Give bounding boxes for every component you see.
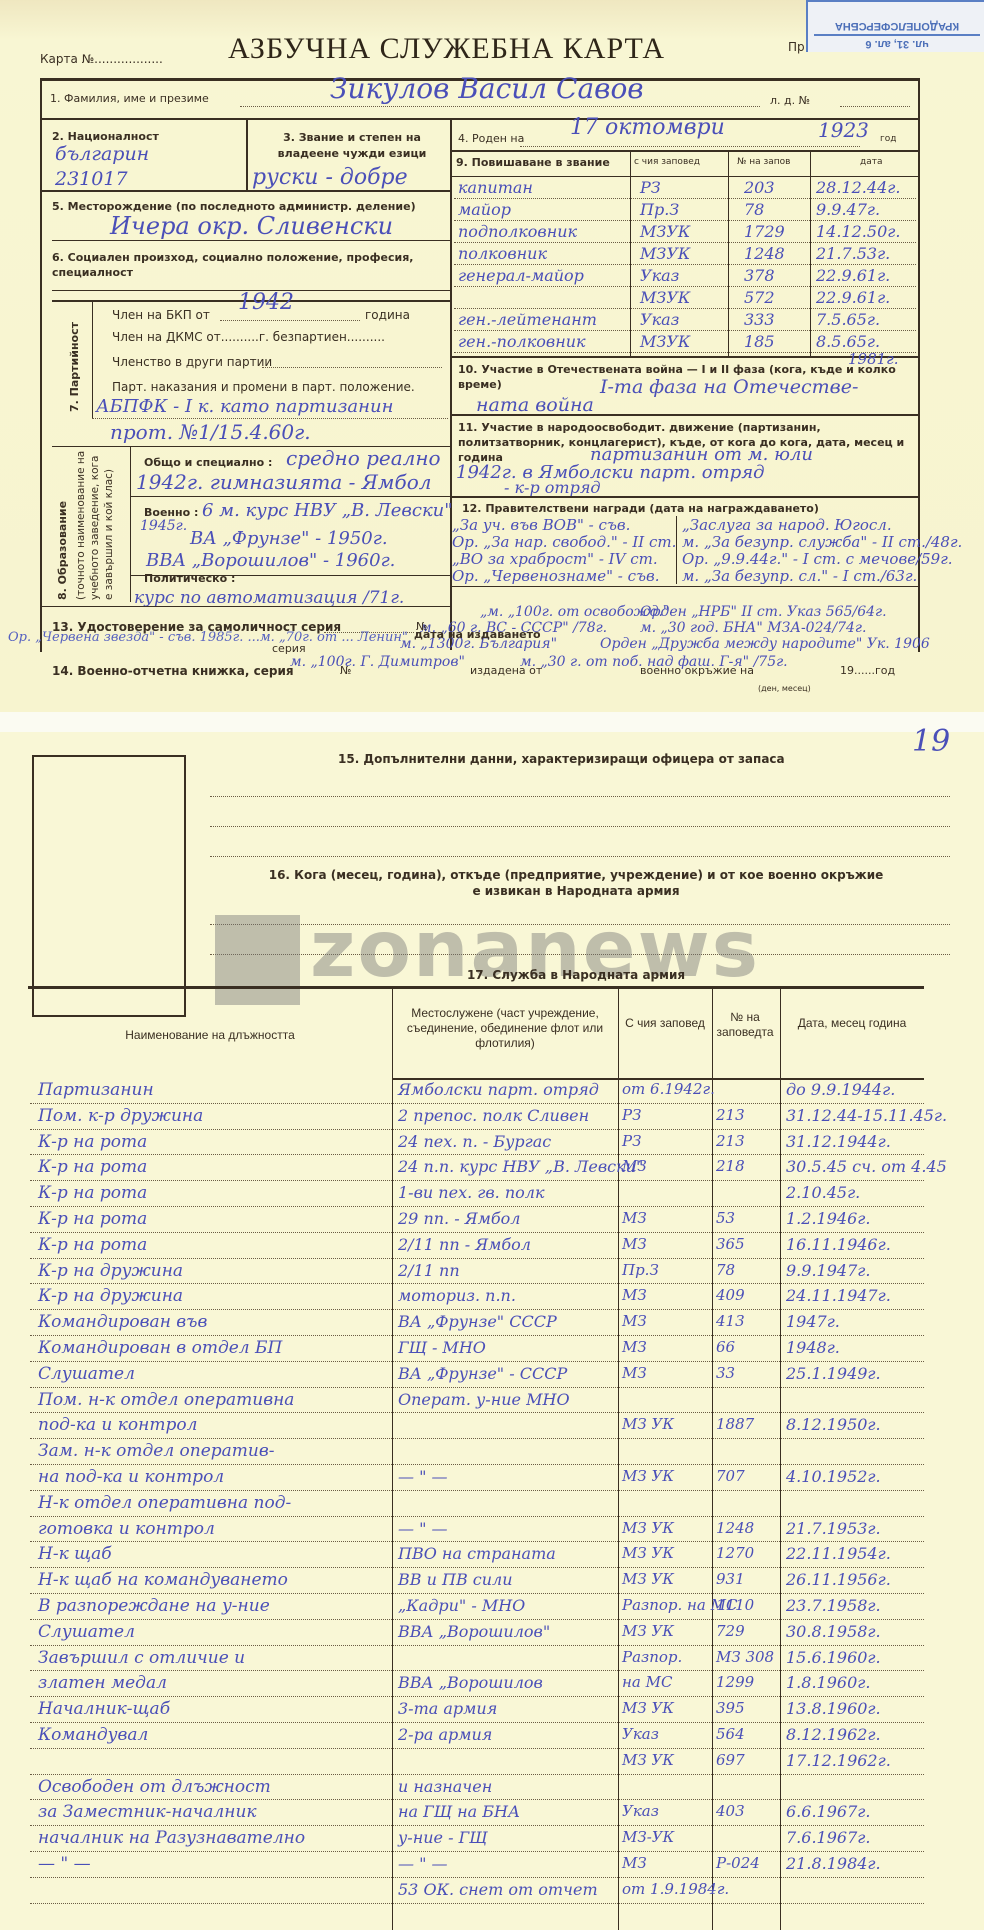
service-order: Пр.З (622, 1261, 659, 1279)
service-position: готовка и контрол (38, 1519, 215, 1539)
service-order-number: 403 (716, 1802, 745, 1820)
service-row-line (30, 1645, 924, 1646)
service-row-line (30, 1774, 924, 1775)
service-position: за Заместник-началник (38, 1802, 257, 1822)
promotion-number: 1248 (744, 244, 785, 263)
service-position: началник на Разузнавателно (38, 1828, 305, 1848)
service-order: МЗ-УК (622, 1828, 674, 1846)
nationality-code: 231017 (55, 168, 128, 190)
service-row-line (30, 1567, 924, 1568)
promotion-number: 572 (744, 288, 775, 307)
id-date-label: дата на издаването (414, 628, 541, 641)
service-row-line (30, 1593, 924, 1594)
service-row-line (30, 1180, 924, 1181)
col-date: Дата, месец година (782, 1016, 922, 1031)
promotion-row-line (454, 242, 916, 243)
service-position: Слушател (38, 1622, 135, 1642)
promotion-rank: майор (458, 200, 511, 219)
divider-v (810, 150, 811, 356)
service-order: МЗ УК (622, 1622, 674, 1640)
promotion-row-line (454, 264, 916, 265)
watermark-logo-icon (215, 915, 300, 1005)
promotion-col-no: № на запов (737, 157, 790, 167)
ld-line (840, 106, 910, 107)
service-date: 23.7.1958г. (786, 1596, 881, 1615)
service-date: 21.8.1984г. (786, 1854, 881, 1873)
service-order: от 1.9.1984г. (622, 1880, 729, 1898)
birth-line (520, 146, 860, 147)
education-general-value-2: 1942г. гимназията - Ямбол (136, 470, 432, 494)
birth-label: 4. Роден на (458, 132, 524, 145)
promotion-order: МЗУК (640, 244, 690, 263)
service-place: — " — (398, 1519, 448, 1538)
service-date: 31.12.44-15.11.45г. (786, 1106, 947, 1125)
liberation-movement-value-2: 1942г. в Ямболски парт. отряд (456, 462, 765, 483)
service-date: 1948г. (786, 1338, 840, 1357)
service-position: на под-ка и контрол (38, 1467, 224, 1487)
education-political-value: курс по автоматизация /71г. (134, 588, 404, 608)
service-row-line (30, 1283, 924, 1284)
service-order-number: 729 (716, 1622, 745, 1640)
service-position: златен медал (38, 1673, 167, 1693)
service-order: МЗ УК (622, 1544, 674, 1562)
service-date: 1947г. (786, 1312, 840, 1331)
service-position: Слушател (38, 1364, 135, 1384)
service-row-line (30, 1438, 924, 1439)
service-order: МЗ УК (622, 1415, 674, 1433)
service-date: 8.12.1950г. (786, 1415, 881, 1434)
promotion-date: 22.9.61г. (816, 266, 890, 285)
award-extra-item: м. „30 год. БНА" МЗА-024/74г. (640, 620, 866, 636)
service-order-number: 78 (716, 1261, 735, 1279)
service-position: Зам. н-к отдел оператив- (38, 1441, 275, 1461)
other-party-label: Членство в други партии (112, 355, 272, 369)
service-date: 8.12.1962г. (786, 1725, 881, 1744)
page-separator (0, 712, 984, 732)
service-order: МЗ (622, 1286, 647, 1304)
service-row-line (30, 1670, 924, 1671)
service-place: 24 пех. п. - Бургас (398, 1132, 551, 1151)
service-position: Завършил с отличие и (38, 1648, 245, 1668)
service-order-number: Р-024 (716, 1854, 760, 1872)
promotion-rank: полковник (458, 244, 547, 263)
education-military-value-3: ВВА „Ворошилов" - 1960г. (146, 550, 395, 571)
promotion-number: 78 (744, 200, 764, 219)
called-up-label-2: е извикан в Народната армия (206, 884, 946, 898)
service-place: — " — (398, 1854, 448, 1873)
award-extra-item: Орден „Дружба между народите" Ук. 1906 (600, 636, 930, 652)
service-position: Пом. к-р дружина (38, 1106, 203, 1126)
service-position: Освободен от длъжност (38, 1777, 271, 1797)
dkms-label: Член на ДКМС от..........г. безпартиен..… (112, 330, 385, 344)
service-place: ПВО на страната (398, 1544, 556, 1563)
war-participation-value-2: ната война (476, 394, 594, 416)
service-place: 2-ра армия (398, 1725, 492, 1744)
bkp-line (220, 320, 360, 321)
col-place: Местослужене (част учреждение, съединени… (394, 1006, 616, 1051)
service-order: МЗ (622, 1312, 647, 1330)
service-order-number: 213 (716, 1106, 745, 1124)
service-date: 2.10.45г. (786, 1183, 860, 1202)
divider (40, 190, 450, 192)
service-row-line (30, 1722, 924, 1723)
punishment-label: Парт. наказания и промени в парт. положе… (112, 380, 415, 394)
service-position: В разпореждане на у-ние (38, 1596, 270, 1616)
education-military-value-1: 6 м. курс НВУ „В. Левски" (202, 500, 453, 521)
frame-left (40, 78, 42, 652)
promotion-date: 8.5.65г. (816, 332, 880, 351)
promotion-order: Указ (640, 266, 679, 285)
service-row-line (30, 1335, 924, 1336)
service-order-number: МЗ 308 (716, 1648, 774, 1666)
divider (40, 606, 450, 607)
service-position: Н-к щаб на командуването (38, 1570, 288, 1590)
service-row-line (30, 1387, 924, 1388)
service-position: Н-к щаб (38, 1544, 112, 1564)
promotion-number: 185 (744, 332, 775, 351)
service-place: ВВА „Ворошилов" (398, 1622, 550, 1641)
service-row-line (30, 1851, 924, 1852)
service-position: К-р на дружина (38, 1261, 183, 1281)
education-section-label: 8. Образование (56, 501, 69, 600)
service-date: 22.11.1954г. (786, 1544, 891, 1563)
service-place: Ямболски парт. отряд (398, 1080, 599, 1099)
promotion-rank: ген.-лейтенант (458, 310, 597, 329)
punishment-value-1: АБПФК - I к. като партизанин (96, 396, 393, 417)
promotion-rank: капитан (458, 178, 533, 197)
service-order-number: 1299 (716, 1673, 754, 1691)
name-line (240, 106, 760, 107)
military-book-district-label: военно окръжие на (640, 664, 754, 677)
birthplace-value: Ичера окр. Сливенски (110, 212, 393, 240)
service-order-number: 1110 (716, 1596, 754, 1614)
service-date: 21.7.1953г. (786, 1519, 881, 1538)
name-label: 1. Фамилия, име и презиме (50, 92, 209, 105)
languages-value: руски - добре (252, 165, 408, 190)
service-date: 30.8.1958г. (786, 1622, 881, 1641)
service-position: Партизанин (38, 1080, 154, 1100)
divider (52, 240, 450, 241)
service-place: „Кадри" - МНО (398, 1596, 525, 1615)
service-order: Указ (622, 1802, 659, 1820)
divider (450, 414, 920, 416)
service-order: МЗ (622, 1157, 647, 1175)
promotion-number: 203 (744, 178, 775, 197)
war-participation-value-1: I-та фаза на Отечестве- (600, 376, 858, 398)
service-date: 1.2.1946г. (786, 1209, 870, 1228)
promotion-rank: ген.-полковник (458, 332, 586, 351)
divider-v (630, 150, 631, 356)
service-row-line (30, 1619, 924, 1620)
service-row-line (30, 1258, 924, 1259)
education-general-value-1: средно реално (286, 446, 441, 470)
divider (450, 176, 920, 177)
service-position: К-р на рота (38, 1183, 147, 1203)
award-extra-item: м. „100г. Г. Димитров" (290, 654, 465, 670)
liberation-movement-value-3: - к-р отряд (504, 478, 601, 497)
promotion-order: Пр.З (640, 200, 679, 219)
service-date: 30.5.45 сч. от 4.45 (786, 1157, 947, 1176)
service-position: К-р на дружина (38, 1286, 183, 1306)
service-place: ВА „Фрунзе" СССР (398, 1312, 557, 1331)
military-book-label: 14. Военно-отчетна книжка, серия (52, 664, 294, 678)
service-order: МЗ (622, 1364, 647, 1382)
service-place: ВА „Фрунзе" - СССР (398, 1364, 567, 1383)
service-position: под-ка и контрол (38, 1415, 197, 1435)
service-row-line (30, 1748, 924, 1749)
service-order: МЗ УК (622, 1699, 674, 1717)
nationality-label: 2. Националност (52, 130, 159, 143)
bkp-label: Член на БКП от (112, 308, 210, 322)
promotion-label: 9. Повишаване в звание (456, 156, 610, 169)
award-right-item: м. „За безупр. служба" - II ст./48г. (682, 533, 962, 551)
languages-label: 3. Звание и степен на владеене чужди ези… (262, 130, 442, 162)
promotion-date: 9.9.47г. (816, 200, 880, 219)
service-date: до 9.9.1944г. (786, 1080, 895, 1099)
service-date: 13.8.1960г. (786, 1699, 881, 1718)
service-order-number: 697 (716, 1751, 745, 1769)
war-participation-note: 1981г. (848, 350, 899, 368)
service-position: К-р на рота (38, 1157, 147, 1177)
promotion-date: 22.9.61г. (816, 288, 890, 307)
service-place: 2/11 пп (398, 1261, 460, 1280)
service-order-number: 213 (716, 1132, 745, 1150)
service-row-line (30, 1825, 924, 1826)
service-position: К-р на рота (38, 1235, 147, 1255)
service-position: Н-к отдел оперативна под- (38, 1493, 291, 1513)
service-row-line (30, 1541, 924, 1542)
promotion-row-line (454, 330, 916, 331)
service-date: 24.11.1947г. (786, 1286, 891, 1305)
service-position: Пом. н-к отдел оперативна (38, 1390, 294, 1410)
promotion-order: МЗУК (640, 332, 690, 351)
service-place: и назначен (398, 1777, 492, 1796)
punishment-line (92, 418, 448, 419)
military-book-sub-label: (ден, месец) (758, 684, 811, 693)
service-place: Операт. у-ние МНО (398, 1390, 570, 1409)
service-date: 26.11.1956г. (786, 1570, 891, 1589)
ld-label: л. д. № (770, 94, 810, 107)
promotion-order: Указ (640, 310, 679, 329)
divider (450, 150, 920, 152)
service-order: МЗ УК (622, 1467, 674, 1485)
service-place: 24 п.п. курс НВУ „В. Левски" (398, 1157, 643, 1176)
service-order: от 6.1942г. (622, 1080, 715, 1098)
service-place: 53 ОК. снет от отчет (398, 1880, 598, 1899)
service-order-number: 66 (716, 1338, 735, 1356)
col-position: Наименование на длъжността (30, 1028, 390, 1043)
service-table-top (28, 986, 924, 989)
promotion-order: МЗУК (640, 288, 690, 307)
promotion-col-order: с чия заповед (634, 157, 700, 167)
promotion-date: 14.12.50г. (816, 222, 900, 241)
service-order-number: 409 (716, 1286, 745, 1304)
page-number: 19 (912, 724, 950, 759)
service-order: МЗ (622, 1209, 647, 1227)
military-book-issued-label: издадена от (470, 664, 542, 677)
service-label: 17. Служба в Народната армия (206, 968, 946, 982)
promotion-order: РЗ (640, 178, 661, 197)
birth-date: 17 октомври (570, 115, 725, 140)
promotion-row-line (454, 308, 916, 309)
service-place: 29 пп. - Ямбол (398, 1209, 521, 1228)
called-up-label-1: 16. Кога (месец, година), откъде (предпр… (206, 868, 946, 882)
social-label: 6. Социален произход, социално положение… (52, 250, 452, 280)
service-place: ГЩ - МНО (398, 1338, 486, 1357)
divider (450, 586, 920, 587)
award-left-item: Ор. „За нар. свобод." - II ст. (452, 533, 676, 551)
divider (130, 496, 450, 497)
stamp-line-1: КРАДОПЕЛСФЕРСБНА (814, 18, 980, 36)
service-place: на ГЩ на БНА (398, 1802, 520, 1821)
service-row-line (30, 1206, 924, 1207)
service-date: 7.6.1967г. (786, 1828, 870, 1847)
service-place: — " — (398, 1467, 448, 1486)
service-row-line (30, 1361, 924, 1362)
service-order-number: 53 (716, 1209, 735, 1227)
service-date: 6.6.1967г. (786, 1802, 870, 1821)
service-date: 25.1.1949г. (786, 1364, 881, 1383)
service-order-number: 395 (716, 1699, 745, 1717)
promotion-row-line (454, 198, 916, 199)
additional-line-3 (210, 856, 950, 857)
year-suffix: год (880, 134, 896, 144)
nationality-value: българин (55, 143, 149, 165)
service-order: МЗ УК (622, 1519, 674, 1537)
service-place: ВВ и ПВ сили (398, 1570, 513, 1589)
service-place: 2 преnoс. полк Сливен (398, 1106, 589, 1125)
service-date: 16.11.1946г. (786, 1235, 891, 1254)
service-order-number: 1887 (716, 1415, 754, 1433)
promotion-rank: подполковник (458, 222, 577, 241)
bkp-suffix: година (365, 308, 410, 322)
photo-box (32, 755, 186, 1017)
service-place: 1-ви пех. гв. полк (398, 1183, 545, 1202)
service-order: МЗ (622, 1854, 647, 1872)
education-political-label: Политическо : (144, 572, 235, 585)
promotion-row-line (454, 286, 916, 287)
service-order-number: 564 (716, 1725, 745, 1743)
service-row-line (30, 1490, 924, 1491)
military-book-no-label: № (340, 664, 351, 677)
punishment-value-2: прот. №1/15.4.60г. (110, 420, 311, 444)
education-military-year: 1945г. (140, 518, 187, 534)
award-right-item: „Заслуга за народ. Югосл. (682, 516, 892, 534)
awards-margin-note: Ор. „Червена звезда" - съв. 1985г. ...м.… (8, 630, 408, 645)
service-place: у-ние - ГЩ (398, 1828, 487, 1847)
service-row-line (30, 1799, 924, 1800)
bkp-value: 1942 (238, 290, 294, 315)
service-date: 1.8.1960г. (786, 1673, 870, 1692)
card-number-label: Карта №.................. (40, 52, 163, 66)
service-order: МЗ (622, 1338, 647, 1356)
service-order-number: 33 (716, 1364, 735, 1382)
award-left-item: „За уч. във ВОВ" - съв. (452, 516, 630, 534)
education-section-sub: (точното наименование на учебното заведе… (74, 450, 116, 600)
additional-line-1 (210, 796, 950, 797)
service-order: РЗ (622, 1106, 641, 1124)
service-date: 15.6.1960г. (786, 1648, 881, 1667)
service-order: МЗ УК (622, 1751, 674, 1769)
service-date: 17.12.1962г. (786, 1751, 891, 1770)
additional-data-label: 15. Допълнителни данни, характеризиращи … (338, 752, 785, 766)
service-position: Командувал (38, 1725, 148, 1745)
archive-stamp: чл. 31, ал. 6 КРАДОПЕЛСФЕРСБНА (806, 0, 984, 52)
pr-label: Пр (788, 40, 805, 54)
service-date: 31.12.1944г. (786, 1132, 891, 1151)
service-position: — " — (38, 1854, 91, 1874)
promotion-number: 378 (744, 266, 775, 285)
education-military-value-2: ВА „Фрунзе" - 1950г. (190, 528, 388, 549)
service-row-line (30, 1516, 924, 1517)
service-row-line (30, 1232, 924, 1233)
service-order: Указ (622, 1725, 659, 1743)
service-position: К-р на рота (38, 1132, 147, 1152)
service-row-line (30, 1129, 924, 1130)
service-order-number: 1270 (716, 1544, 754, 1562)
award-left-item: „ВО за храброст" - IV ст. (452, 550, 658, 568)
promotion-col-date: дата (860, 157, 883, 167)
award-extra-item: Орден „НРБ" II ст. Указ 565/64г. (640, 604, 887, 620)
divider-v (130, 446, 131, 602)
col-order: С чия заповед (620, 1016, 710, 1031)
additional-line-2 (210, 826, 950, 827)
service-order-number: 413 (716, 1312, 745, 1330)
service-order: МЗ УК (622, 1570, 674, 1588)
divider-v (92, 300, 93, 418)
divider (40, 118, 920, 120)
service-order-number: 365 (716, 1235, 745, 1253)
service-order: РЗ (622, 1132, 641, 1150)
award-left-item: Ор. „Червенознаме" - съв. (452, 567, 660, 585)
page-title: АЗБУЧНА СЛУЖЕБНА КАРТА (228, 32, 665, 66)
promotion-row-line (454, 352, 916, 353)
service-date: 9.9.1947г. (786, 1261, 870, 1280)
divider (450, 496, 920, 498)
service-date: 4.10.1952г. (786, 1467, 881, 1486)
awards-label: 12. Правителствени награди (дата на нагр… (462, 502, 819, 515)
service-row-line (30, 1903, 924, 1904)
other-party-line (262, 367, 442, 368)
service-order-number: 931 (716, 1570, 745, 1588)
party-section-label: 7. Партийност (68, 322, 81, 412)
name-value: Зикулов Васил Савов (330, 72, 644, 105)
service-order-number: 707 (716, 1467, 745, 1485)
service-position: К-р на рота (38, 1209, 147, 1229)
promotion-date: 7.5.65г. (816, 310, 880, 329)
service-order: Разпор. (622, 1648, 682, 1666)
service-row-line (30, 1696, 924, 1697)
service-position: Началник-щаб (38, 1699, 170, 1719)
promotion-rank: генерал-майор (458, 266, 584, 285)
award-right-item: Ор. „9.9.44г." - I ст. с мечове/59г. (682, 550, 953, 568)
service-row-line (30, 1309, 924, 1310)
service-order: МЗ (622, 1235, 647, 1253)
service-row-line (30, 1103, 924, 1104)
promotion-date: 28.12.44г. (816, 178, 900, 197)
service-place: 2/11 пп - Ямбол (398, 1235, 531, 1254)
service-row-line (30, 1464, 924, 1465)
service-place: моториз. п.п. (398, 1286, 516, 1305)
award-right-item: м. „За безупр. сл." - I ст./63г. (682, 567, 917, 585)
promotion-date: 21.7.53г. (816, 244, 890, 263)
col-order-no: № на заповедта (712, 1010, 778, 1040)
service-row-line (30, 1154, 924, 1155)
service-place: ВВА „Ворошилов (398, 1673, 543, 1692)
service-order-number: 218 (716, 1157, 745, 1175)
service-row-line (30, 1877, 924, 1878)
promotion-order: МЗУК (640, 222, 690, 241)
